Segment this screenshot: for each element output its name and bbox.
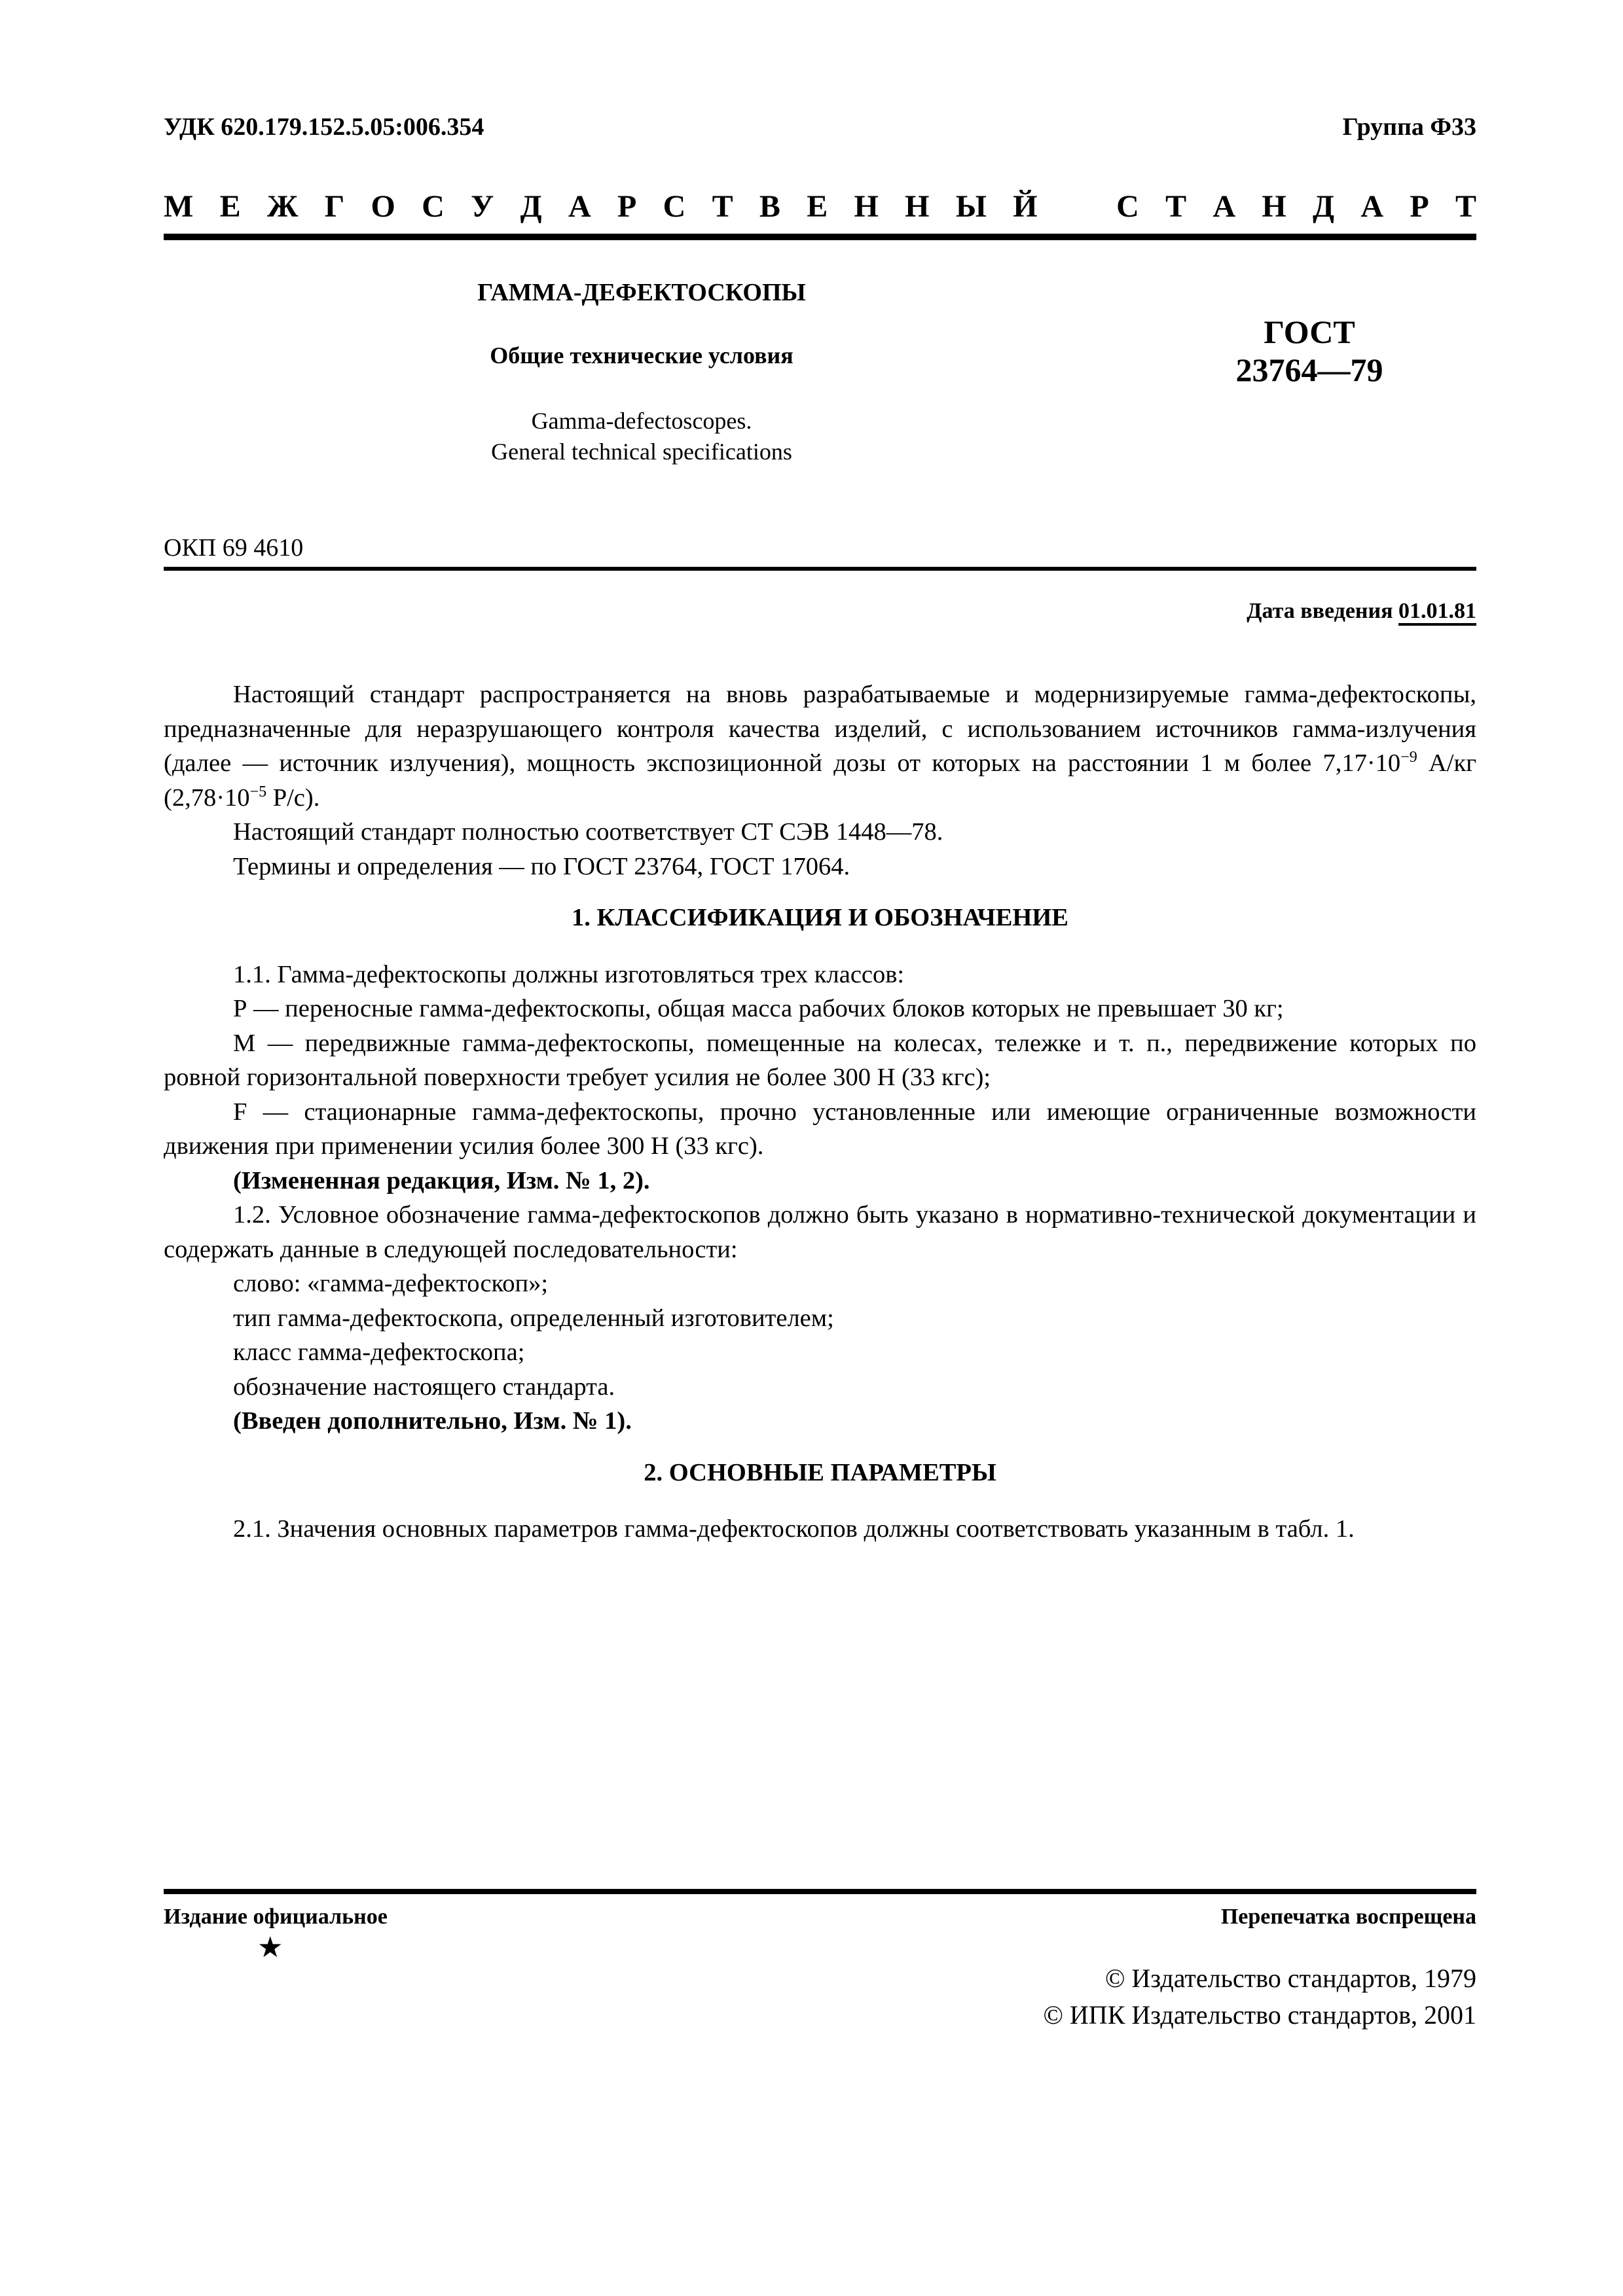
amendment-note-1: (Измененная редакция, Изм. № 1, 2).	[164, 1164, 1476, 1198]
date-label: Дата введения	[1247, 599, 1393, 623]
heading-letter: О	[371, 188, 395, 224]
document-title: ГАММА-ДЕФЕКТОСКОПЫ	[393, 278, 890, 307]
heading-letter: С	[663, 188, 686, 224]
heading-letter: В	[759, 188, 780, 224]
okp-code: ОКП 69 4610	[164, 533, 303, 562]
document-subtitle: Общие технические условия	[393, 342, 890, 369]
gost-designation: ГОСТ 23764—79	[1165, 313, 1453, 389]
heading-letter: С	[422, 188, 445, 224]
heading-letter: Г	[325, 188, 345, 224]
heading-letter: М	[164, 188, 193, 224]
class-p: Р — переносные гамма-дефектоскопы, общая…	[164, 992, 1476, 1026]
copyright-block: © Издательство стандартов, 1979 © ИПК Из…	[1044, 1960, 1476, 2034]
group-code: Группа Ф33	[1343, 113, 1476, 141]
heading-letter: С	[1116, 188, 1139, 224]
reprint-prohibited-label: Перепечатка воспрещена	[1221, 1905, 1476, 1929]
date-value: 01.01.81	[1398, 599, 1476, 623]
heading-letter: Е	[807, 188, 828, 224]
document-body: Настоящий стандарт распространяется на в…	[164, 677, 1476, 1547]
heading-letter: Ж	[267, 188, 298, 224]
section-1-heading: 1. КЛАССИФИКАЦИЯ И ОБОЗНАЧЕНИЕ	[164, 901, 1476, 935]
clause-1-2: 1.2. Условное обозначение гамма-дефектос…	[164, 1198, 1476, 1266]
gost-number: 23764—79	[1165, 351, 1453, 389]
english-title-line2: General technical specifications	[393, 437, 890, 467]
intro-paragraph: Настоящий стандарт распространяется на в…	[164, 677, 1476, 815]
heading-letter: Н	[905, 188, 929, 224]
english-title-line1: Gamma-defectoscopes.	[393, 406, 890, 437]
terms-paragraph: Термины и определения — по ГОСТ 23764, Г…	[164, 850, 1476, 884]
exponent: −9	[1400, 749, 1417, 766]
header-rule	[164, 234, 1476, 240]
class-m: М — передвижные гамма-дефектоскопы, поме…	[164, 1026, 1476, 1095]
heading-gap	[1064, 188, 1090, 224]
heading-letter: Д	[1313, 188, 1334, 224]
intro-text: Настоящий стандарт распространяется на в…	[164, 681, 1476, 777]
class-f: F — стационарные гамма-дефектоскопы, про…	[164, 1095, 1476, 1164]
introduction-date: Дата введения 01.01.81	[1247, 599, 1476, 624]
designation-item: слово: «гамма-дефектоскоп»;	[164, 1266, 1476, 1301]
star-icon: ★	[257, 1931, 283, 1964]
heading-letter: Т	[1165, 188, 1186, 224]
heading-letter: Й	[1013, 188, 1037, 224]
heading-letter: Т	[712, 188, 733, 224]
exponent: −5	[250, 783, 267, 800]
gost-label: ГОСТ	[1165, 313, 1453, 351]
heading-letter: Т	[1455, 188, 1476, 224]
heading-letter: А	[568, 188, 591, 224]
clause-2-1: 2.1. Значения основных параметров гамма-…	[164, 1512, 1476, 1547]
heading-letter: Ы	[956, 188, 987, 224]
intro-text: Р/с).	[266, 784, 319, 812]
copyright-2001: © ИПК Издательство стандартов, 2001	[1044, 1997, 1476, 2034]
okp-rule	[164, 567, 1476, 571]
copyright-1979: © Издательство стандартов, 1979	[1044, 1960, 1476, 1997]
heading-letter: У	[471, 188, 494, 224]
clause-1-1: 1.1. Гамма-дефектоскопы должны изготовля…	[164, 958, 1476, 992]
official-edition-label: Издание официальное	[164, 1905, 388, 1929]
designation-item: класс гамма-дефектоскопа;	[164, 1335, 1476, 1370]
designation-item: тип гамма-дефектоскопа, определенный изг…	[164, 1301, 1476, 1336]
english-title: Gamma-defectoscopes. General technical s…	[393, 406, 890, 467]
heading-letter: А	[1213, 188, 1235, 224]
footer-rule	[164, 1889, 1476, 1894]
heading-letter: Д	[520, 188, 542, 224]
standard-type-heading: М Е Ж Г О С У Д А Р С Т В Е Н Н Ы Й С Т …	[164, 188, 1476, 224]
heading-letter: Н	[854, 188, 879, 224]
heading-letter: Р	[617, 188, 636, 224]
heading-letter: Н	[1262, 188, 1286, 224]
heading-letter: А	[1360, 188, 1383, 224]
heading-letter: Е	[220, 188, 241, 224]
section-2-heading: 2. ОСНОВНЫЕ ПАРАМЕТРЫ	[164, 1456, 1476, 1490]
designation-item: обозначение настоящего стандарта.	[164, 1370, 1476, 1405]
conformance-paragraph: Настоящий стандарт полностью соответству…	[164, 815, 1476, 850]
amendment-note-2: (Введен дополнительно, Изм. № 1).	[164, 1404, 1476, 1439]
udk-code: УДК 620.179.152.5.05:006.354	[164, 113, 484, 141]
heading-letter: Р	[1410, 188, 1429, 224]
